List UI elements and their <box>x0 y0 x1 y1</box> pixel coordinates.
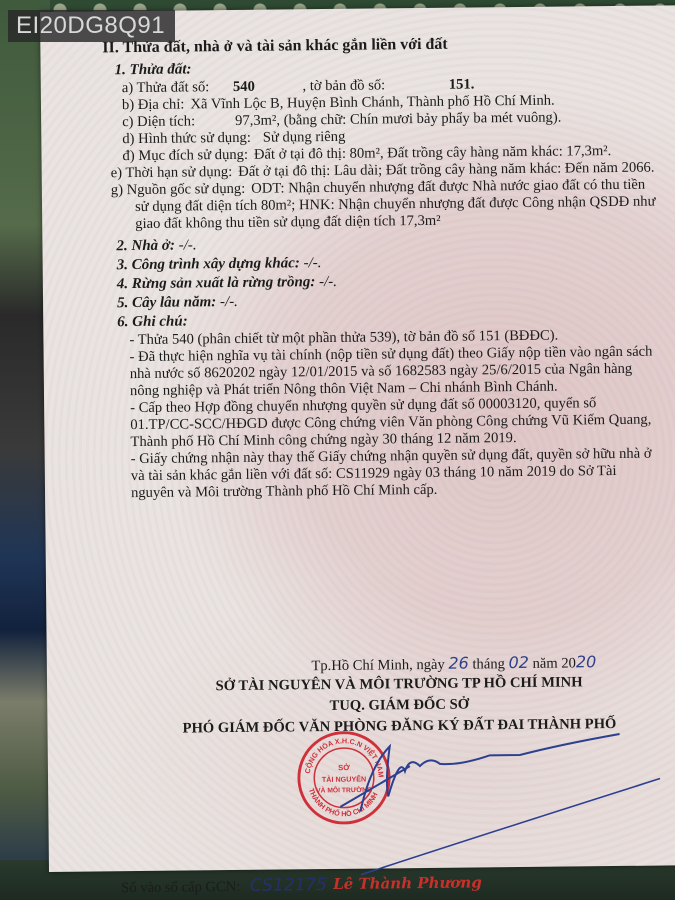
map-label: , tờ bản đồ số: <box>302 77 385 94</box>
gcn-registry: Số vào sổ cấp GCN: CS12175 <box>121 875 327 897</box>
note-item: - Giấy chứng nhận này thay thế Giấy chứn… <box>131 446 657 502</box>
certificate-content: II. Thửa đất, nhà ở và tài sản khác gắn … <box>92 33 675 502</box>
origin-label: g) Nguồn gốc sử dụng: <box>123 181 246 199</box>
gcn-number: CS12175 <box>250 875 327 896</box>
section-heading: II. Thửa đất, nhà ở và tài sản khác gắn … <box>102 33 675 57</box>
area-label: c) Diện tích: <box>122 113 195 131</box>
usage-form-label: d) Hình thức sử dụng: <box>122 130 251 148</box>
address-label: b) Địa chỉ: <box>122 96 185 114</box>
gcn-label: Số vào sổ cấp GCN: <box>121 879 240 896</box>
signer-name: Lê Thành Phương <box>333 873 482 893</box>
handwritten-year: 20 <box>576 652 597 671</box>
term-label: e) Thời hạn sử dụng: <box>123 164 233 182</box>
parcel-label: a) Thửa đất số: <box>122 79 210 97</box>
parcel-number: 540 <box>233 79 255 95</box>
map-number: 151. <box>449 76 475 92</box>
purpose-label: đ) Mục đích sử dụng: <box>122 147 248 165</box>
watermark-id: EI20DG8Q91 <box>8 10 175 42</box>
area-value: 97,3m², (bằng chữ: Chín mươi bảy phẩy ba… <box>235 110 561 129</box>
usage-form-value: Sử dụng riêng <box>263 129 346 146</box>
origin-row: g) Nguồn gốc sử dụng:ODT: Nhận chuyển nh… <box>123 177 661 234</box>
handwritten-day: 26 <box>448 654 469 673</box>
handwritten-month: 02 <box>508 653 529 672</box>
signature-scribble-icon <box>300 723 675 877</box>
note-item: - Đã thực hiện nghĩa vụ tài chính (nộp t… <box>130 344 656 400</box>
certificate-page: II. Thửa đất, nhà ở và tài sản khác gắn … <box>40 5 675 872</box>
note-item: - Cấp theo Hợp đồng chuyển nhượng quyền … <box>130 395 656 451</box>
notes-list: - Thửa 540 (phân chiết từ một phần thửa … <box>129 327 656 502</box>
